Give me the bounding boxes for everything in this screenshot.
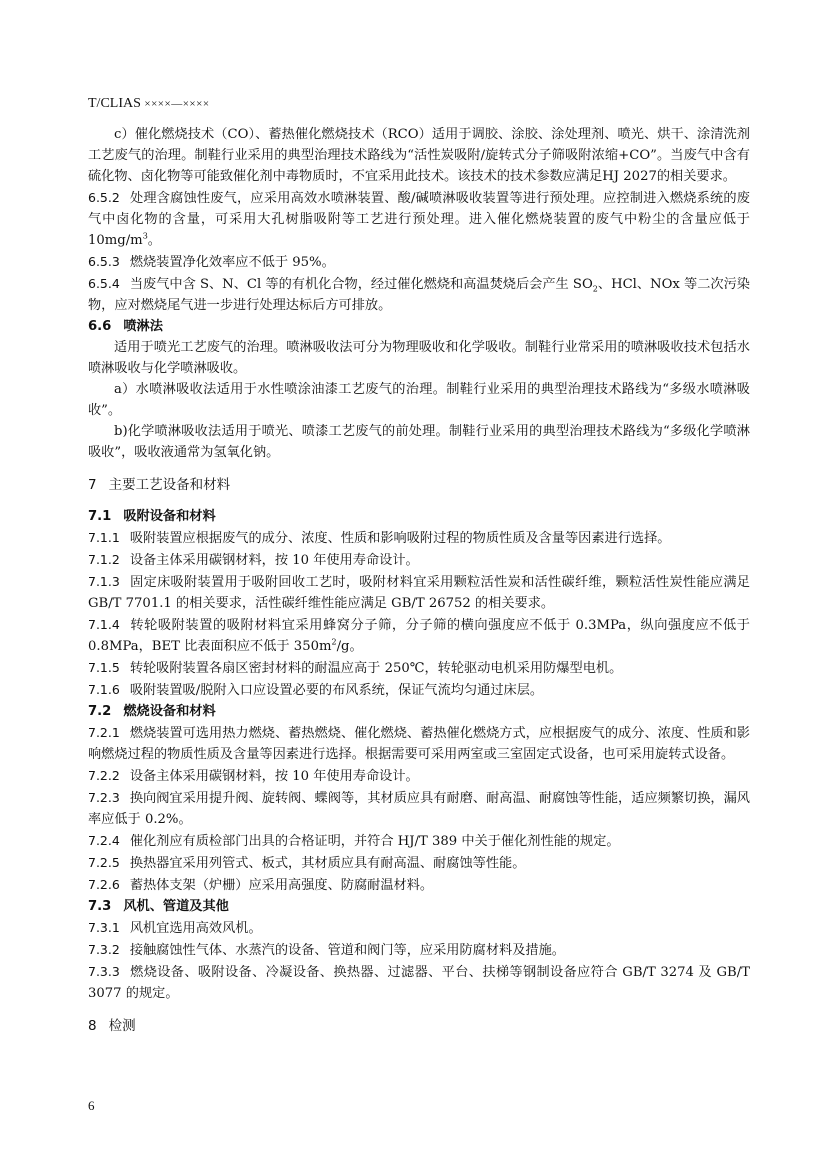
clause-7-2-4: 7.2.4催化剂应有质检部门出具的合格证明，并符合 HJ/T 389 中关于催化… bbox=[88, 830, 750, 852]
section-number: 7.2 bbox=[88, 704, 111, 719]
paragraph-6-6-a: a）水喷淋吸收法适用于水性喷涂油漆工艺废气的治理。制鞋行业采用的典型治理技术路线… bbox=[88, 379, 750, 421]
clause-text: 当废气中含 S、N、Cl 等的有机化合物，经过催化燃烧和高温焚烧后会产生 SO bbox=[130, 277, 593, 292]
clause-7-2-1: 7.2.1燃烧装置可选用热力燃烧、蓄热燃烧、催化燃烧、蓄热催化燃烧方式，应根据废… bbox=[88, 722, 750, 765]
clause-7-1-4: 7.1.4转轮吸附装置的吸附材料宜采用蜂窝分子筛，分子筛的横向强度应不低于 0.… bbox=[88, 614, 750, 657]
document-page: T/CLIAS ××××—×××× c）催化燃烧技术（CO）、蓄热催化燃烧技术（… bbox=[0, 0, 826, 1169]
clause-7-2-5: 7.2.5换热器宜采用列管式、板式，其材质应具有耐高温、耐腐蚀等性能。 bbox=[88, 852, 750, 874]
document-body: c）催化燃烧技术（CO）、蓄热催化燃烧技术（RCO）适用于调胶、涂胶、涂处理剂、… bbox=[88, 124, 750, 1047]
clause-7-1-5: 7.1.5转轮吸附装置各扇区密封材料的耐温应高于 250℃，转轮驱动电机采用防爆… bbox=[88, 657, 750, 679]
clause-7-3-3: 7.3.3燃烧设备、吸附设备、冷凝设备、换热器、过滤器、平台、扶梯等钢制设备应符… bbox=[88, 961, 750, 1004]
clause-7-3-2: 7.3.2接触腐蚀性气体、水蒸汽的设备、管道和阀门等，应采用防腐材料及措施。 bbox=[88, 939, 750, 961]
clause-number: 7.1.4 bbox=[88, 617, 120, 632]
clause-text: 燃烧设备、吸附设备、冷凝设备、换热器、过滤器、平台、扶梯等钢制设备应符合 GB/… bbox=[88, 965, 750, 1001]
clause-number: 7.3.1 bbox=[88, 920, 120, 935]
section-title: 燃烧设备和材料 bbox=[123, 704, 215, 719]
clause-7-1-1: 7.1.1吸附装置应根据废气的成分、浓度、性质和影响吸附过程的物质性质及含量等因… bbox=[88, 527, 750, 549]
clause-text: 固定床吸附装置用于吸附回收工艺时，吸附材料宜采用颗粒活性炭和活性碳纤维，颗粒活性… bbox=[88, 575, 750, 611]
clause-text: 吸附装置吸/脱附入口应设置必要的布风系统，保证气流均匀通过床层。 bbox=[130, 683, 543, 698]
clause-text: 设备主体采用碳钢材料，按 10 年使用寿命设计。 bbox=[130, 769, 419, 784]
section-title: 喷淋法 bbox=[123, 319, 163, 334]
clause-number: 7.2.4 bbox=[88, 833, 120, 848]
clause-7-2-2: 7.2.2设备主体采用碳钢材料，按 10 年使用寿命设计。 bbox=[88, 765, 750, 787]
clause-7-2-3: 7.2.3换向阀宜采用提升阀、旋转阀、蝶阀等，其材质应具有耐磨、耐高温、耐腐蚀等… bbox=[88, 787, 750, 830]
clause-number: 7.2.3 bbox=[88, 790, 120, 805]
section-heading-7-1: 7.1吸附设备和材料 bbox=[88, 506, 750, 527]
clause-7-1-3: 7.1.3固定床吸附装置用于吸附回收工艺时，吸附材料宜采用颗粒活性炭和活性碳纤维… bbox=[88, 571, 750, 614]
clause-6-5-4: 6.5.4当废气中含 S、N、Cl 等的有机化合物，经过催化燃烧和高温焚烧后会产… bbox=[88, 273, 750, 316]
standard-number: ××××—×××× bbox=[144, 98, 209, 110]
clause-text-end: 。 bbox=[148, 233, 161, 248]
section-heading-7-2: 7.2燃烧设备和材料 bbox=[88, 701, 750, 722]
clause-number: 7.2.5 bbox=[88, 855, 120, 870]
clause-text: 燃烧装置净化效率应不低于 95%。 bbox=[130, 255, 335, 270]
section-number: 6.6 bbox=[88, 319, 111, 334]
standard-header: T/CLIAS ××××—×××× bbox=[88, 96, 210, 112]
clause-number: 7.1.2 bbox=[88, 552, 120, 567]
clause-number: 7.3.3 bbox=[88, 964, 120, 979]
chapter-heading-7: 7主要工艺设备和材料 bbox=[88, 475, 750, 496]
section-heading-6-6: 6.6喷淋法 bbox=[88, 316, 750, 337]
standard-prefix: T/CLIAS bbox=[88, 96, 144, 111]
clause-text: 处理含腐蚀性废气，应采用高效水喷淋装置、酸/碱喷淋吸收装置等进行预处理。应控制进… bbox=[88, 191, 750, 248]
chapter-number: 8 bbox=[88, 1018, 97, 1034]
clause-text: 接触腐蚀性气体、水蒸汽的设备、管道和阀门等，应采用防腐材料及措施。 bbox=[130, 943, 565, 958]
clause-number: 7.3.2 bbox=[88, 942, 120, 957]
clause-number: 7.1.5 bbox=[88, 660, 120, 675]
chapter-title: 检测 bbox=[109, 1018, 136, 1034]
clause-number: 7.2.6 bbox=[88, 877, 120, 892]
paragraph-6-6-intro: 适用于喷光工艺废气的治理。喷淋吸收法可分为物理吸收和化学吸收。制鞋行业常采用的喷… bbox=[88, 337, 750, 379]
section-number: 7.1 bbox=[88, 509, 111, 524]
clause-number: 7.1.1 bbox=[88, 530, 120, 545]
clause-text: 换向阀宜采用提升阀、旋转阀、蝶阀等，其材质应具有耐磨、耐高温、耐腐蚀等性能，适应… bbox=[88, 791, 750, 827]
clause-number: 6.5.2 bbox=[88, 190, 120, 205]
clause-number: 7.2.1 bbox=[88, 725, 120, 740]
clause-text: 吸附装置应根据废气的成分、浓度、性质和影响吸附过程的物质性质及含量等因素进行选择… bbox=[130, 531, 671, 546]
clause-7-2-6: 7.2.6蓄热体支架（炉栅）应采用高强度、防腐耐温材料。 bbox=[88, 874, 750, 896]
clause-text: 转轮吸附装置各扇区密封材料的耐温应高于 250℃，转轮驱动电机采用防爆型电机。 bbox=[130, 661, 623, 676]
clause-number: 7.1.6 bbox=[88, 682, 120, 697]
paragraph-c-catalytic-combustion: c）催化燃烧技术（CO）、蓄热催化燃烧技术（RCO）适用于调胶、涂胶、涂处理剂、… bbox=[88, 124, 750, 187]
section-title: 风机、管道及其他 bbox=[123, 899, 229, 914]
clause-7-3-1: 7.3.1风机宜选用高效风机。 bbox=[88, 917, 750, 939]
chapter-number: 7 bbox=[88, 477, 97, 493]
paragraph-6-6-b: b)化学喷淋吸收法适用于喷光、喷漆工艺废气的前处理。制鞋行业采用的典型治理技术路… bbox=[88, 421, 750, 463]
section-number: 7.3 bbox=[88, 899, 111, 914]
clause-7-1-2: 7.1.2设备主体采用碳钢材料，按 10 年使用寿命设计。 bbox=[88, 549, 750, 571]
chapter-heading-8: 8检测 bbox=[88, 1016, 750, 1037]
clause-text: 燃烧装置可选用热力燃烧、蓄热燃烧、催化燃烧、蓄热催化燃烧方式，应根据废气的成分、… bbox=[88, 726, 750, 762]
clause-text: 设备主体采用碳钢材料，按 10 年使用寿命设计。 bbox=[130, 553, 419, 568]
clause-number: 7.1.3 bbox=[88, 574, 120, 589]
clause-number: 6.5.3 bbox=[88, 254, 120, 269]
clause-text: 蓄热体支架（炉栅）应采用高强度、防腐耐温材料。 bbox=[130, 878, 433, 893]
chapter-title: 主要工艺设备和材料 bbox=[109, 477, 231, 493]
clause-text-end: /g。 bbox=[337, 639, 363, 654]
page-number: 6 bbox=[88, 1098, 95, 1114]
section-heading-7-3: 7.3风机、管道及其他 bbox=[88, 896, 750, 917]
clause-number: 6.5.4 bbox=[88, 276, 120, 291]
section-title: 吸附设备和材料 bbox=[123, 509, 215, 524]
clause-text: 转轮吸附装置的吸附材料宜采用蜂窝分子筛，分子筛的横向强度应不低于 0.3MPa，… bbox=[88, 618, 750, 654]
clause-6-5-3: 6.5.3燃烧装置净化效率应不低于 95%。 bbox=[88, 251, 750, 273]
clause-6-5-2: 6.5.2处理含腐蚀性废气，应采用高效水喷淋装置、酸/碱喷淋吸收装置等进行预处理… bbox=[88, 187, 750, 251]
clause-text: 换热器宜采用列管式、板式，其材质应具有耐高温、耐腐蚀等性能。 bbox=[130, 856, 526, 871]
clause-7-1-6: 7.1.6吸附装置吸/脱附入口应设置必要的布风系统，保证气流均匀通过床层。 bbox=[88, 679, 750, 701]
clause-text: 风机宜选用高效风机。 bbox=[130, 921, 262, 936]
clause-number: 7.2.2 bbox=[88, 768, 120, 783]
clause-text: 催化剂应有质检部门出具的合格证明，并符合 HJ/T 389 中关于催化剂性能的规… bbox=[130, 834, 620, 849]
